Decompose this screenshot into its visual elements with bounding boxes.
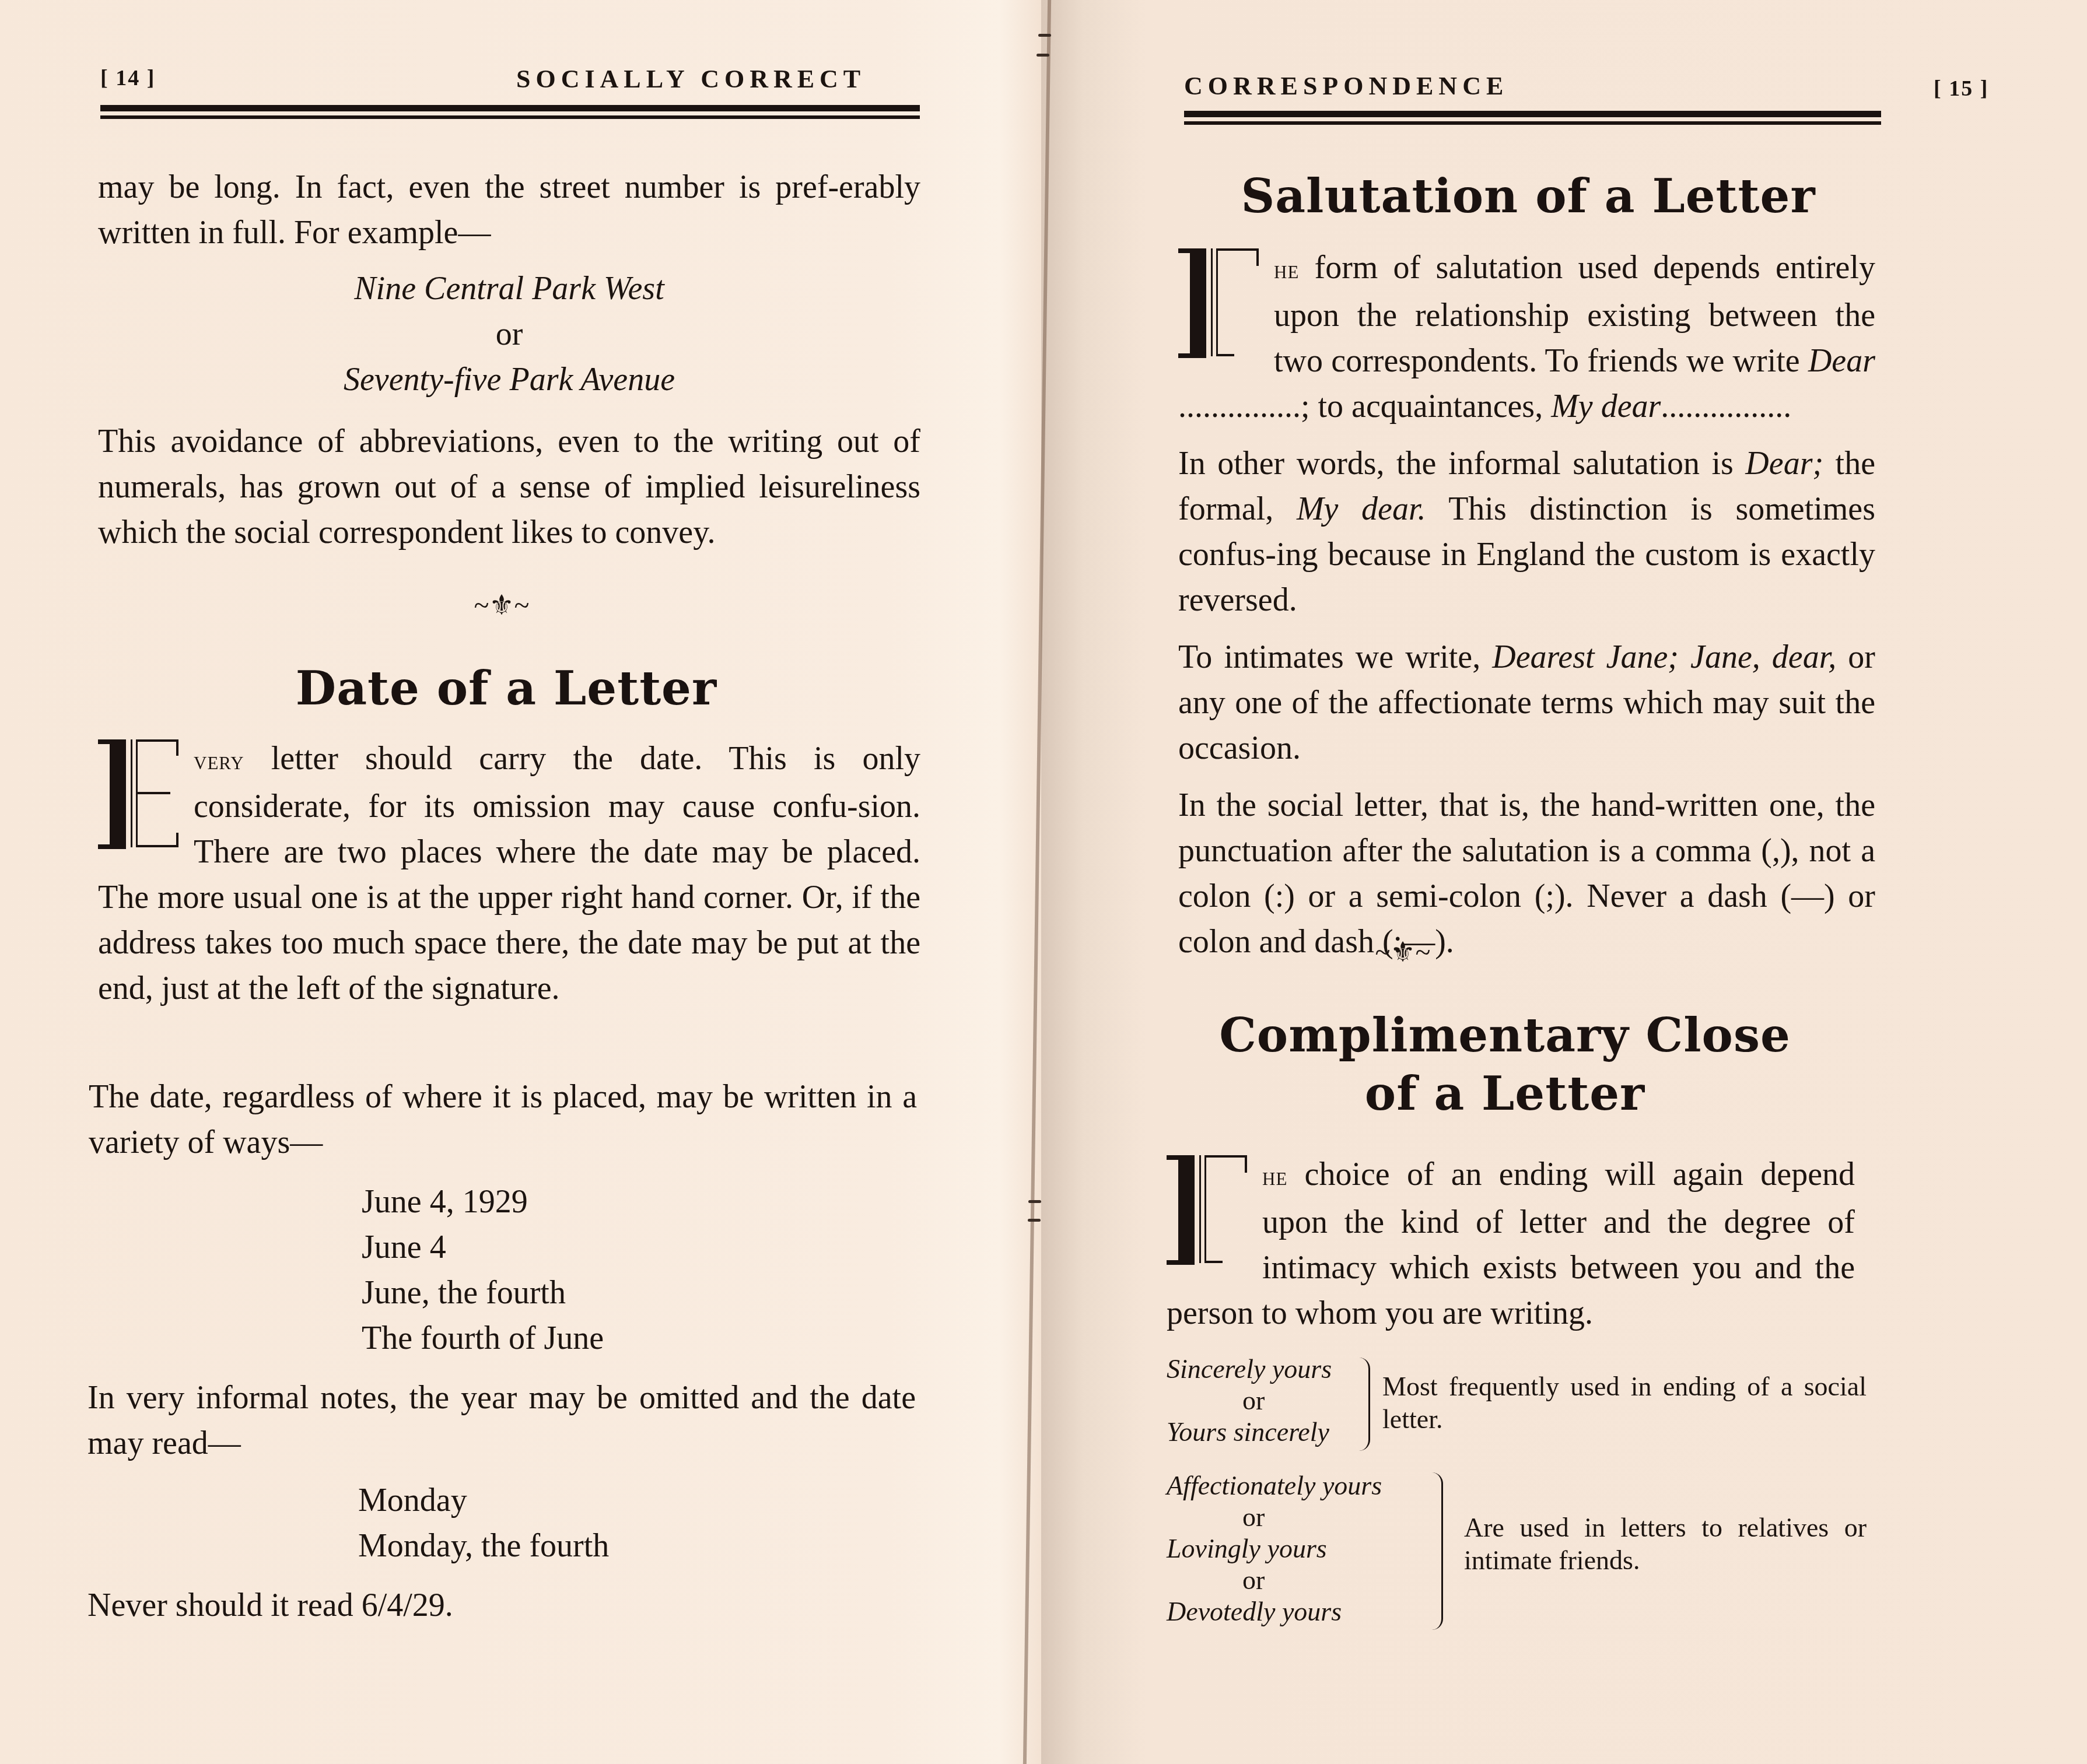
punctuation-paragraph: In the social letter, that is, the hand-… [1178, 783, 1875, 965]
informal-example-2: Monday, the fourth [358, 1523, 609, 1569]
s1-text-c: ................ [1661, 388, 1791, 425]
closings-table: Sincerely yours or Yours sincerely Most … [1167, 1353, 1867, 1644]
dropcap-t2-icon [1167, 1155, 1249, 1272]
address-example-1: Nine Central Park West [98, 266, 920, 311]
salutation-paragraph-1: he form of salutation used depends entir… [1178, 245, 1875, 976]
closing-or: or [1242, 1384, 1265, 1417]
abbreviation-paragraph: This avoidance of abbreviations, even to… [98, 419, 920, 567]
dropcap-smallcaps: very [194, 746, 244, 775]
date-example-3: June, the fourth [362, 1270, 604, 1316]
closing-yours-sincerely: Yours sincerely [1167, 1416, 1329, 1449]
address-example-2: Seventy-five Park Avenue [98, 357, 920, 402]
s1p3-a: To intimates we write, [1178, 639, 1492, 675]
date-example-1: June 4, 1929 [362, 1179, 604, 1225]
right-page: CORRESPONDENCE [ 15 ] Salutation of a Le… [1041, 0, 2087, 1764]
ornament-divider-icon-right: ~⚜~ [1344, 936, 1461, 969]
closing-or-2: or [1242, 1501, 1265, 1534]
dropcap-smallcaps-2: he [1262, 1162, 1287, 1191]
s1p2-a: In other words, the informal salutation … [1178, 446, 1745, 482]
s1p2-dear: Dear; [1745, 446, 1823, 482]
closing-note-1: Most frequently used in ending of a soci… [1382, 1370, 1867, 1436]
date-examples: June 4, 1929 June 4 June, the fourth The… [362, 1179, 604, 1361]
running-head-right: CORRESPONDENCE [1184, 71, 1508, 101]
dropcap-smallcaps-1: he [1274, 255, 1299, 284]
header-rule-thin [100, 115, 920, 119]
closing-lovingly: Lovingly yours [1167, 1532, 1327, 1565]
binding-stitch-icon [1028, 1219, 1041, 1222]
ways-text: The date, regardless of where it is plac… [89, 1074, 917, 1165]
date-text: letter should carry the date. This is on… [98, 741, 920, 1007]
s1p2-mydear: My dear. [1297, 491, 1426, 527]
page-number-left: [ 14 ] [100, 65, 155, 91]
brace-icon-2 [1432, 1472, 1443, 1630]
binding-stitch-icon [1028, 1200, 1041, 1203]
close-paragraph: he choice of an ending will again depend… [1167, 1152, 1855, 1348]
section-title-date: Date of a Letter [98, 659, 915, 717]
never-line: Never should it read 6/4/29. [87, 1583, 916, 1628]
left-page: [ 14 ] SOCIALLY CORRECT may be long. In … [0, 0, 1041, 1764]
s1-text-a: form of salutation used depends entirely… [1274, 250, 1875, 379]
binding-stitch-icon [1038, 34, 1051, 37]
page-number-right: [ 15 ] [1934, 76, 1988, 101]
date-example-4: The fourth of June [362, 1316, 604, 1361]
informal-text: In very informal notes, the year may be … [87, 1375, 916, 1466]
section-title-close: Complimentary Close of a Letter [1204, 1006, 1805, 1123]
ornament-divider-icon: ~⚜~ [443, 589, 560, 622]
s1-dear: Dear [1808, 343, 1875, 379]
closing-note-2: Are used in letters to relatives or inti… [1464, 1512, 1867, 1577]
closing-or-3: or [1242, 1564, 1265, 1597]
s1-text-b: ...............; to acquaintances, [1178, 388, 1551, 425]
brace-icon [1359, 1358, 1370, 1451]
intro-paragraph: may be long. In fact, even the street nu… [98, 164, 920, 267]
s1p3-ital: Dearest Jane; Jane, dear, [1492, 639, 1836, 675]
date-example-2: June 4 [362, 1225, 604, 1270]
s1-mydear: My dear [1551, 388, 1661, 425]
address-or: or [98, 311, 920, 357]
informal-example-1: Monday [358, 1478, 609, 1523]
informal-paragraph: In very informal notes, the year may be … [87, 1375, 916, 1478]
header-rule-thick [100, 105, 920, 111]
ways-paragraph: The date, regardless of where it is plac… [89, 1074, 917, 1177]
informal-examples: Monday Monday, the fourth [358, 1478, 609, 1569]
intro-text: may be long. In fact, even the street nu… [98, 164, 920, 255]
binding-stitch-icon [1037, 54, 1049, 57]
closing-devotedly: Devotedly yours [1167, 1595, 1342, 1628]
dropcap-t-icon [1178, 248, 1261, 365]
section-title-salutation: Salutation of a Letter [1169, 167, 1887, 225]
running-head-left: SOCIALLY CORRECT [516, 64, 866, 94]
closing-affectionately: Affectionately yours [1167, 1470, 1382, 1502]
date-paragraph: very letter should carry the date. This … [98, 736, 920, 1023]
address-examples: Nine Central Park West or Seventy-five P… [98, 266, 920, 402]
header-rule-thick-right [1184, 111, 1881, 117]
closing-sincerely-yours: Sincerely yours [1167, 1353, 1332, 1386]
header-rule-thin-right [1184, 121, 1881, 125]
dropcap-e-icon [98, 739, 181, 856]
abbreviation-text: This avoidance of abbreviations, even to… [98, 419, 920, 555]
